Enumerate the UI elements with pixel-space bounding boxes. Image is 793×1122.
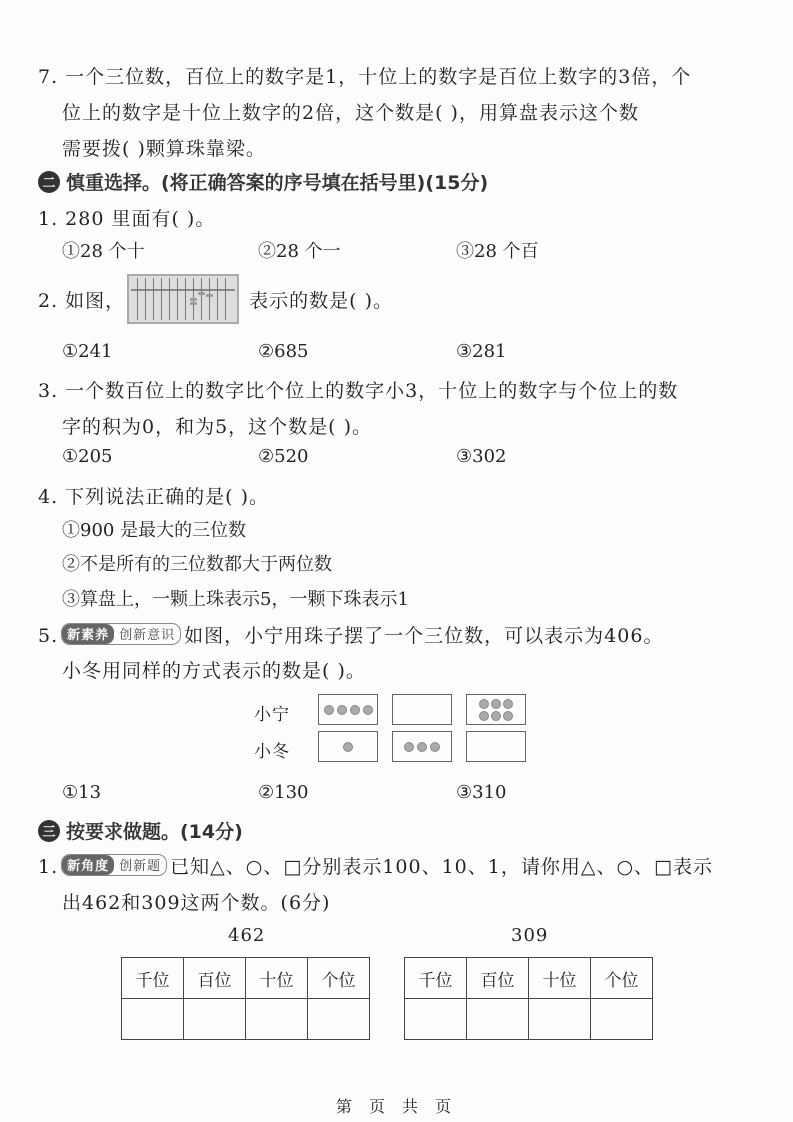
s2-q1-option-3: ③28 个百 — [456, 237, 539, 263]
answer-cell[interactable] — [529, 999, 591, 1040]
bead-box-hundreds — [318, 694, 378, 725]
q7-line3: 需要拨( )颗算珠靠梁。 — [62, 134, 266, 161]
header-tens: 十位 — [246, 958, 308, 999]
s3-q1-line1: 1.新角度创新题已知△、○、□分别表示100、10、1，请你用△、○、□表示 — [38, 852, 713, 879]
header-hundreds: 百位 — [467, 958, 529, 999]
s2-q5-line1: 5.新素养创新意识如图，小宁用珠子摆了一个三位数，可以表示为406。 — [38, 621, 663, 648]
s2-q3-option-3: ③302 — [456, 446, 507, 467]
section-number-icon: 三 — [38, 820, 60, 842]
section2-heading: 二 慎重选择。(将正确答案的序号填在括号里)(15分) — [38, 168, 488, 195]
bead-box-hundreds — [318, 731, 378, 762]
bead-box-tens — [392, 694, 452, 725]
header-ones: 个位 — [591, 958, 653, 999]
tag-dark: 新素养 — [62, 624, 114, 644]
q7-line1: 7. 一个三位数，百位上的数字是1，十位上的数字是百位上数字的3倍，个 — [38, 62, 691, 89]
s2-q5-option-1: ①13 — [62, 782, 101, 803]
table-caption-309: 309 — [511, 925, 548, 946]
header-hundreds: 百位 — [184, 958, 246, 999]
answer-cell[interactable] — [405, 999, 467, 1040]
answer-cell[interactable] — [591, 999, 653, 1040]
abacus-icon — [127, 274, 239, 324]
tag-badge: 新角度创新题 — [61, 854, 167, 876]
s2-q2-stem: 2. 如图， 表示的数是( )。 — [38, 274, 393, 324]
row-label-xiaoning: 小宁 — [254, 700, 290, 725]
section2-title: 慎重选择。(将正确答案的序号填在括号里)(15分) — [66, 168, 488, 195]
s2-q4-option-3: ③算盘上，一颗上珠表示5，一颗下珠表示1 — [62, 585, 409, 611]
place-value-table-462: 千位 百位 十位 个位 — [121, 957, 370, 1040]
s3-q1-text: 已知△、○、□分别表示100、10、1，请你用△、○、□表示 — [170, 856, 713, 878]
bead-box-tens — [392, 731, 452, 762]
s2-q2-prefix: 2. 如图， — [38, 286, 125, 313]
s2-q3-line1: 3. 一个数百位上的数字比个位上的数字小3，十位上的数字与个位上的数 — [38, 376, 678, 403]
tag-dark: 新角度 — [62, 855, 114, 875]
bead-box-ones — [466, 694, 526, 725]
s2-q4-option-2: ②不是所有的三位数都大于两位数 — [62, 550, 332, 576]
s2-q2-option-1: ①241 — [62, 341, 113, 362]
s2-q1-option-2: ②28 个一 — [258, 237, 341, 263]
answer-cell[interactable] — [122, 999, 184, 1040]
s2-q3-option-1: ①205 — [62, 446, 113, 467]
q7-line2: 位上的数字是十位上数字的2倍，这个数是( )，用算盘表示这个数 — [62, 98, 639, 125]
s2-q2-option-3: ③281 — [456, 341, 507, 362]
answer-cell[interactable] — [184, 999, 246, 1040]
tag-light: 创新意识 — [114, 624, 180, 643]
s2-q4-option-1: ①900 是最大的三位数 — [62, 516, 246, 542]
s2-q1-stem: 1. 280 里面有( )。 — [38, 204, 215, 231]
section-number-icon: 二 — [38, 171, 60, 193]
s2-q5-option-2: ②130 — [258, 782, 309, 803]
answer-cell[interactable] — [246, 999, 308, 1040]
section3-title: 按要求做题。(14分) — [66, 817, 243, 844]
page-footer: 第 页 共 页 — [0, 1094, 793, 1117]
answer-cell[interactable] — [308, 999, 370, 1040]
s2-q4-stem: 4. 下列说法正确的是( )。 — [38, 482, 269, 509]
header-thousands: 千位 — [405, 958, 467, 999]
s2-q2-option-2: ②685 — [258, 341, 309, 362]
header-ones: 个位 — [308, 958, 370, 999]
table-caption-462: 462 — [228, 925, 265, 946]
s2-q5-text: 如图，小宁用珠子摆了一个三位数，可以表示为406。 — [184, 625, 663, 647]
bead-box-ones — [466, 731, 526, 762]
answer-cell[interactable] — [467, 999, 529, 1040]
tag-light: 创新题 — [114, 855, 166, 874]
s2-q3-line2: 字的积为0，和为5，这个数是( )。 — [62, 412, 372, 439]
s2-q5-line2: 小冬用同样的方式表示的数是( )。 — [62, 656, 366, 683]
header-tens: 十位 — [529, 958, 591, 999]
row-label-xiaodong: 小冬 — [254, 737, 290, 762]
header-thousands: 千位 — [122, 958, 184, 999]
s2-q1-option-1: ①28 个十 — [62, 237, 145, 263]
place-value-table-309: 千位 百位 十位 个位 — [404, 957, 653, 1040]
s3-q1-number: 1. — [38, 856, 58, 878]
s2-q3-option-2: ②520 — [258, 446, 309, 467]
s3-q1-line2: 出462和309这两个数。(6分) — [62, 888, 330, 915]
s2-q2-suffix: 表示的数是( )。 — [249, 286, 393, 313]
s2-q5-number: 5. — [38, 625, 58, 647]
s2-q5-option-3: ③310 — [456, 782, 507, 803]
section3-heading: 三 按要求做题。(14分) — [38, 817, 243, 844]
tag-badge: 新素养创新意识 — [61, 623, 181, 645]
